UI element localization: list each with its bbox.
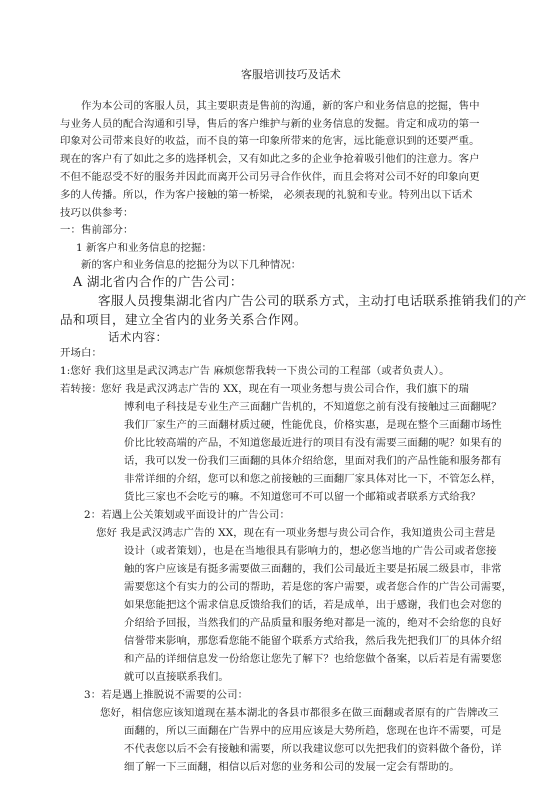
text-line: 现在的客户有了如此之多的选择机会，又有如此之多的企业争抢着吸引他们的注意力。客户 — [60, 152, 480, 166]
document-title: 客服培训技巧及话术 — [241, 68, 341, 82]
case-3: 3：若是遇上推脱说不需要的公司： — [84, 688, 248, 702]
text-line: 非常详细的介绍，您可以和您之前接触的三面翻厂家具体对比一下，不管怎么样， — [124, 472, 502, 486]
case-1: 1:您好 我们这里是武汉鸿志广告 麻烦您帮我转一下贵公司的工程部（或者负责人）。 — [60, 364, 450, 378]
document-page: 客服培训技巧及话术 作为本公司的客服人员，其主要职责是售前的沟通，新的客户和业务… — [0, 0, 560, 792]
section-heading: 一：售前部分： — [60, 223, 133, 237]
text-line: 多的人传播。所以，作为客户接触的第一桥梁， 必须表现的礼貌和专业。特列出以下话术 — [60, 188, 473, 202]
text-line: 我们厂家生产的三面翻材质过硬，性能优良，价格实惠，是现在整个三面翻市场性 — [124, 418, 502, 432]
text-line: 如果您能把这个需求信息反馈给我们的话，若是成单，出于感谢，我们也会对您的 — [124, 598, 502, 612]
text-line: 品和项目，建立全省内的业务关系合作网。 — [60, 313, 307, 327]
text-line: 需要您这个有实力的公司的帮助，若是您的客户需要，或者您合作的广告公司需要， — [124, 580, 512, 594]
text-line: 和产品的详细信息发一份给您让您先了解下？也给您做个备案，以后若是有需要您 — [124, 652, 502, 666]
text-line: 不但不能忍受不好的服务并因此而离开公司另寻合作伙伴，而且会将对公司不好的印象向更 — [60, 170, 480, 184]
text-line: 博利电子科技是专业生产三面翻广告机的，不知道您之前有没有接触过三面翻呢？ — [124, 400, 502, 414]
text-line: 作为本公司的客服人员，其主要职责是售前的沟通，新的客户和业务信息的挖掘，售中 — [81, 99, 480, 113]
text-line: 客服人员搜集湖北省内广告公司的联系方式，主动打电话联系推销我们的产 — [98, 294, 527, 308]
text-line: 您好 我是武汉鸿志广告的 XX，现在有一项业务想与贵公司合作，我们旗下的瑞 — [101, 382, 469, 396]
text-line: 就可以直接联系我们。 — [124, 670, 229, 684]
case-2: 2：若遇上公关策划或平面设计的广告公司： — [84, 508, 290, 522]
text-line: 细了解一下三面翻，相信以后对您的业务和公司的发展一定会有帮助的。 — [124, 760, 460, 774]
text-line: 触的客户应该是有挺多需要做三面翻的，我们公司最近主要是拓展二级县市，非常 — [124, 562, 502, 576]
text-line: 技巧以供参考： — [60, 206, 133, 220]
script-heading: 话术内容： — [108, 330, 168, 344]
text-line: 您好 我是武汉鸿志广告的 XX，现在有一项业务想与贵公司合作，我知道贵公司主营是 — [96, 526, 495, 540]
text-line: 您好，相信您应该知道现在基本湖北的各县市都很多在做三面翻或者原有的广告牌改三 — [100, 706, 499, 720]
transfer-label: 若转接： — [60, 382, 102, 396]
text-line: 介绍给予回报，当然我们的产品质量和服务绝对都是一流的，绝对不会给您的良好 — [124, 616, 502, 630]
subsection-description: 新的客户和业务信息的挖掘分为以下几种情况： — [81, 258, 301, 272]
part-a-title: A 湖北省内合作的广告公司： — [73, 275, 243, 289]
text-line: 印象对公司带来良好的收益，而不良的第一印象所带来的危害，远比能意识到的还要严重。 — [60, 134, 480, 148]
text-line: 信誉带来影响，那您看您能不能留个联系方式给我，然后我先把我们厂的具体介绍 — [124, 634, 502, 648]
subsection-heading: 1 新客户和业务信息的挖掘： — [76, 241, 212, 255]
opening-label: 开场白： — [60, 346, 102, 360]
text-line: 价比比较高端的产品，不知道您最近进行的项目有没有需要三面翻的呢？如果有的 — [124, 436, 502, 450]
text-line: 货比三家也不会吃亏的嘛。不知道您可不可以留一个邮箱或者联系方式给我？ — [124, 490, 481, 504]
text-line: 不代表您以后不会有接触和需要，所以我建议您可以先把我们的资料做个备份，详 — [124, 742, 502, 756]
text-line: 话，我可以发一份我们三面翻的具体介绍给您，里面对我们的产品性能和服务都有 — [124, 454, 502, 468]
text-line: 与业务人员的配合沟通和引导，售后的客户维护与新的业务信息的发掘。肯定和成功的第一 — [60, 117, 480, 131]
text-line: 面翻的，所以三面翻在广告界中的应用应该是大势所趋，您现在也许不需要，可是 — [124, 724, 502, 738]
text-line: 设计（或者策划），也是在当地很具有影响力的，想必您当地的广告公司或者您接 — [124, 544, 496, 558]
